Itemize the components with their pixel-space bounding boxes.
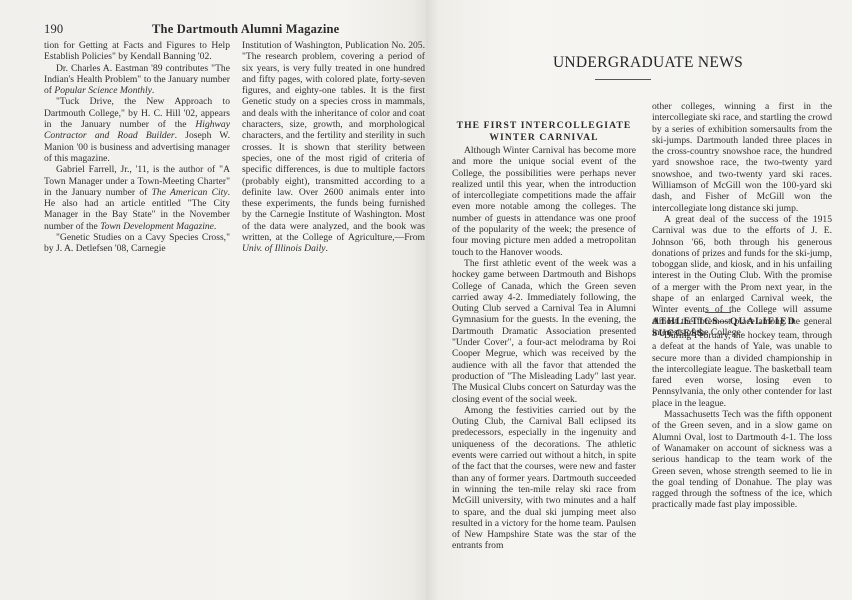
paragraph: Gabriel Farrell, Jr., '11, is the author… xyxy=(44,164,230,232)
right-column-2: other colleges, winning a first in the i… xyxy=(652,101,832,338)
magazine-title: The Dartmouth Alumni Magazine xyxy=(152,22,339,37)
paragraph: "Tuck Drive, the New Approach to Dartmou… xyxy=(44,96,230,164)
paragraph: Dr. Charles A. Eastman '89 contributes "… xyxy=(44,63,230,97)
left-column-2: Institution of Washington, Publication N… xyxy=(242,40,425,255)
right-column-2-article-2: During February, the hockey team, throug… xyxy=(652,330,832,511)
paragraph: The first athletic event of the week was… xyxy=(452,258,636,405)
page-number: 190 xyxy=(44,22,63,37)
right-column-1: Although Winter Carnival has become more… xyxy=(452,145,636,552)
paragraph: "Genetic Studies on a Cavy Species Cross… xyxy=(44,232,230,255)
article-heading: THE FIRST INTERCOLLEGIATE WINTER CARNIVA… xyxy=(452,120,636,143)
magazine-spread: 190 The Dartmouth Alumni Magazine tion f… xyxy=(0,0,852,600)
paragraph: other colleges, winning a first in the i… xyxy=(652,101,832,214)
paragraph: tion for Getting at Facts and Figures to… xyxy=(44,40,230,63)
paragraph: Although Winter Carnival has become more… xyxy=(452,145,636,258)
article-divider xyxy=(705,312,731,313)
paragraph: During February, the hockey team, throug… xyxy=(652,330,832,409)
section-title: UNDERGRADUATE NEWS xyxy=(548,54,748,72)
paragraph: Among the festivities carried out by the… xyxy=(452,405,636,552)
paragraph: Institution of Washington, Publication N… xyxy=(242,40,425,255)
left-column-1: tion for Getting at Facts and Figures to… xyxy=(44,40,230,255)
title-divider xyxy=(595,79,651,80)
paragraph: Massachusetts Tech was the fifth opponen… xyxy=(652,409,832,511)
left-page: 190 The Dartmouth Alumni Magazine tion f… xyxy=(0,0,426,600)
